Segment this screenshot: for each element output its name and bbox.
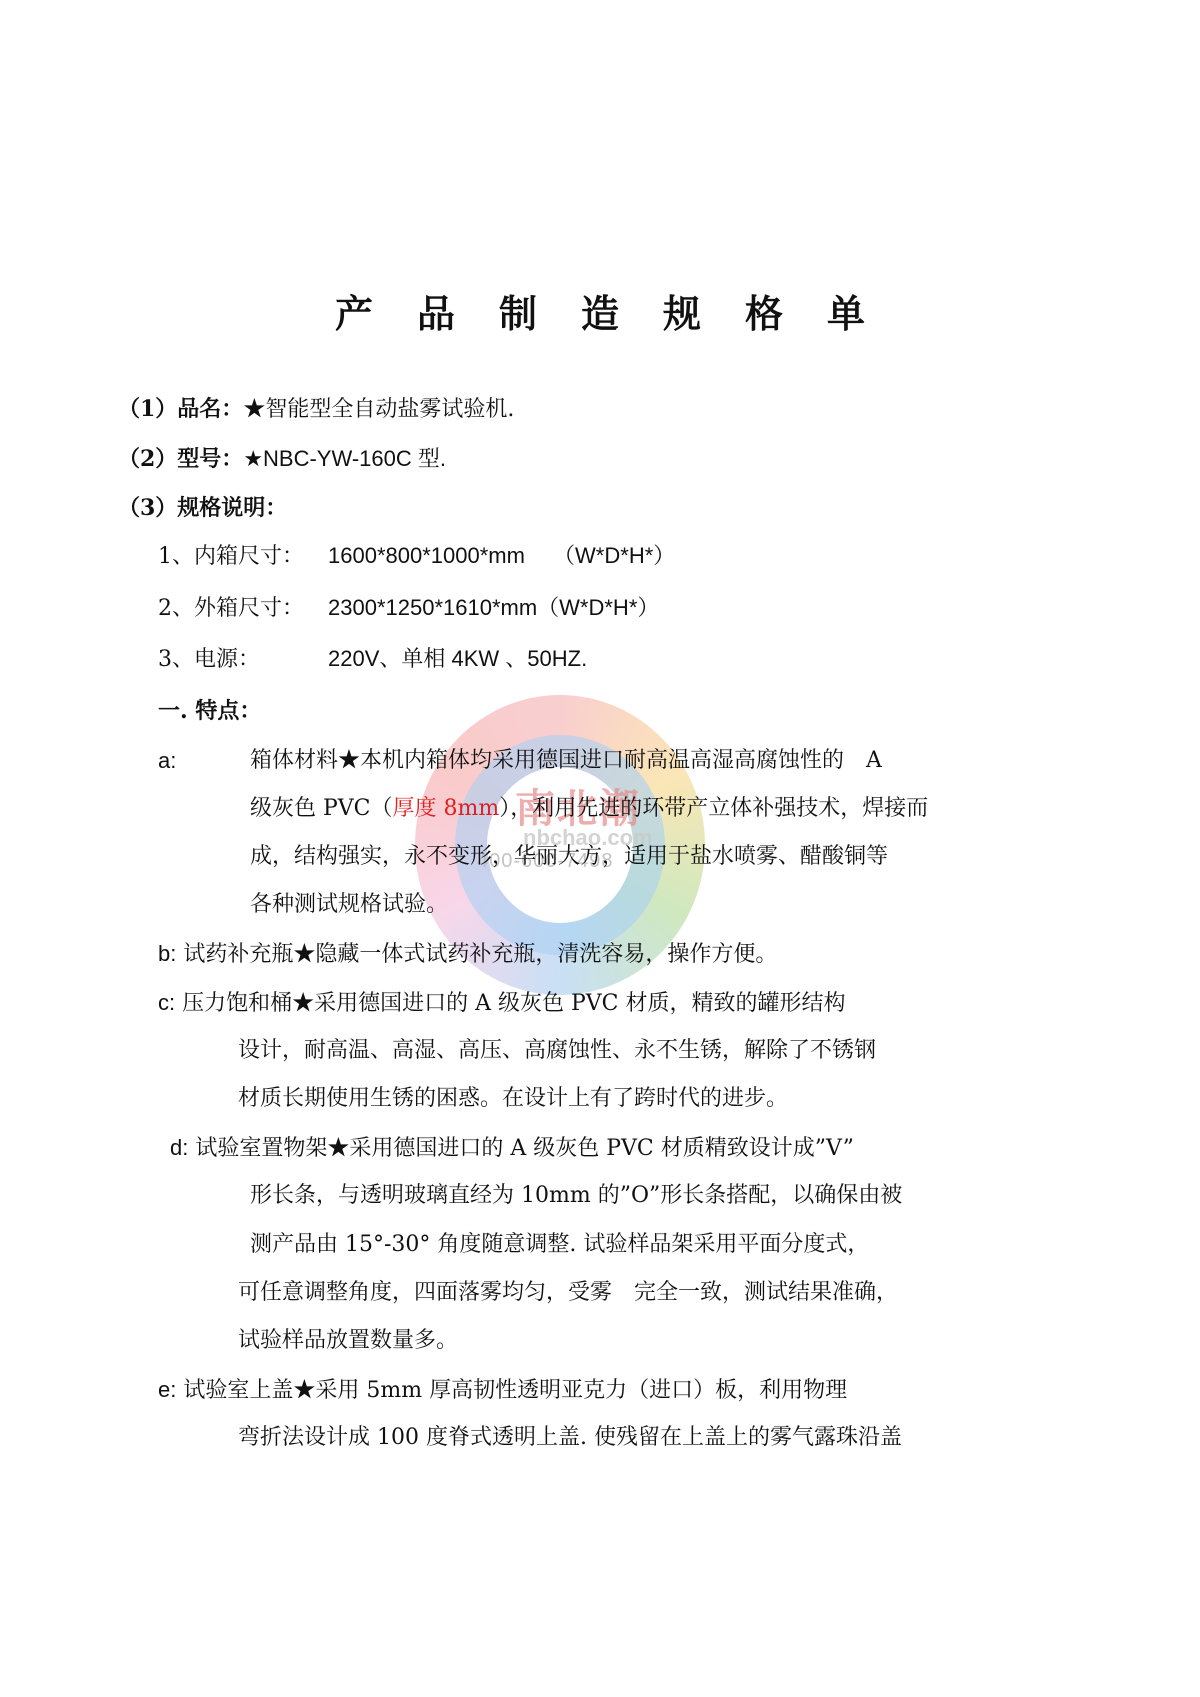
feature-a-line: 箱体材料★本机内箱体均采用德国进口耐高温高湿高腐蚀性的 A bbox=[250, 750, 882, 772]
feature-d: d: 试验室置物架★采用德国进口的 A 级灰色 PVC 材质精致设计成”V” bbox=[170, 1137, 854, 1160]
spec-value: 2300*1250*1610*mm（W*D*H*） bbox=[328, 595, 659, 620]
feature-c: c: 压力饱和桶★采用德国进口的 A 级灰色 PVC 材质，精致的罐形结构 bbox=[158, 992, 846, 1015]
feature-line: 试验室上盖★采用 5mm 厚高韧性透明亚克力（进口）板，利用物理 bbox=[183, 1378, 847, 1403]
text-segment: 级灰色 PVC（ bbox=[250, 796, 393, 821]
feature-a-line: 成，结构强实，永不变形，华丽大方，适用于盐水喷雾、醋酸铜等 bbox=[250, 846, 888, 868]
item-value: ★NBC-YW-160C 型. bbox=[243, 446, 446, 471]
feature-a-line: 各种测试规格试验。 bbox=[250, 894, 448, 916]
item-label: （3）规格说明： bbox=[118, 495, 287, 521]
spec-inner-size: 1、内箱尺寸：1600*800*1000*mm （W*D*H*） bbox=[158, 545, 675, 568]
spec-value: 1600*800*1000*mm （W*D*H*） bbox=[328, 543, 675, 568]
item-model: （2）型号：★NBC-YW-160C 型. bbox=[118, 448, 446, 471]
feature-marker: d: bbox=[170, 1135, 188, 1160]
spec-label: 3、电源： bbox=[158, 649, 328, 671]
item-label: （2）型号： bbox=[118, 446, 243, 472]
highlight-thickness: 厚度 8mm bbox=[393, 796, 500, 821]
spec-label: 2、外箱尺寸： bbox=[158, 598, 328, 620]
feature-d-line: 可任意调整角度，四面落雾均匀，受雾 完全一致，测试结果准确， bbox=[238, 1282, 898, 1304]
text-segment: ），利用先进的环带产立体补强技术，焊接而 bbox=[499, 796, 928, 821]
item-spec-heading: （3）规格说明： bbox=[118, 497, 287, 520]
document-page: 南北潮 nbchao.com 400-600-7498 产品制造规格单 （1）品… bbox=[0, 0, 1200, 1697]
feature-c-line: 设计，耐高温、高湿、高压、高腐蚀性、永不生锈，解除了不锈钢 bbox=[238, 1040, 876, 1062]
feature-line: 试药补充瓶★隐藏一体式试药补充瓶，清洗容易，操作方便。 bbox=[183, 942, 777, 967]
feature-c-line: 材质长期使用生锈的困惑。在设计上有了跨时代的进步。 bbox=[238, 1088, 788, 1110]
item-product-name: （1）品名：★智能型全自动盐雾试验机. bbox=[118, 398, 514, 421]
feature-d-line: 测产品由 15°-30° 角度随意调整. 试验样品架采用平面分度式， bbox=[250, 1234, 869, 1256]
feature-d-line: 试验样品放置数量多。 bbox=[238, 1330, 458, 1352]
features-heading: 一. 特点： bbox=[158, 700, 261, 722]
spec-value: 220V、单相 4KW 、50HZ. bbox=[328, 646, 587, 671]
item-value: ★智能型全自动盐雾试验机. bbox=[243, 397, 514, 422]
feature-e: e: 试验室上盖★采用 5mm 厚高韧性透明亚克力（进口）板，利用物理 bbox=[158, 1379, 847, 1402]
feature-marker: c: bbox=[158, 990, 175, 1015]
page-title: 产品制造规格单 bbox=[0, 283, 1200, 338]
feature-e-line: 弯折法设计成 100 度脊式透明上盖. 使残留在上盖上的雾气露珠沿盖 bbox=[238, 1427, 902, 1449]
spec-outer-size: 2、外箱尺寸：2300*1250*1610*mm（W*D*H*） bbox=[158, 597, 659, 620]
feature-line: 试验室置物架★采用德国进口的 A 级灰色 PVC 材质精致设计成”V” bbox=[195, 1136, 854, 1161]
spec-power: 3、电源：220V、单相 4KW 、50HZ. bbox=[158, 648, 587, 671]
spec-label: 1、内箱尺寸： bbox=[158, 546, 328, 568]
feature-a-marker: a: bbox=[158, 750, 176, 772]
feature-marker: b: bbox=[158, 941, 176, 966]
item-label: （1）品名： bbox=[118, 396, 243, 422]
feature-d-line: 形长条，与透明玻璃直经为 10mm 的”O”形长条搭配，以确保由被 bbox=[250, 1185, 902, 1207]
feature-marker: e: bbox=[158, 1377, 176, 1402]
feature-line: 压力饱和桶★采用德国进口的 A 级灰色 PVC 材质，精致的罐形结构 bbox=[182, 991, 845, 1016]
feature-b: b: 试药补充瓶★隐藏一体式试药补充瓶，清洗容易，操作方便。 bbox=[158, 943, 777, 966]
feature-a-line: 级灰色 PVC（厚度 8mm），利用先进的环带产立体补强技术，焊接而 bbox=[250, 798, 928, 820]
